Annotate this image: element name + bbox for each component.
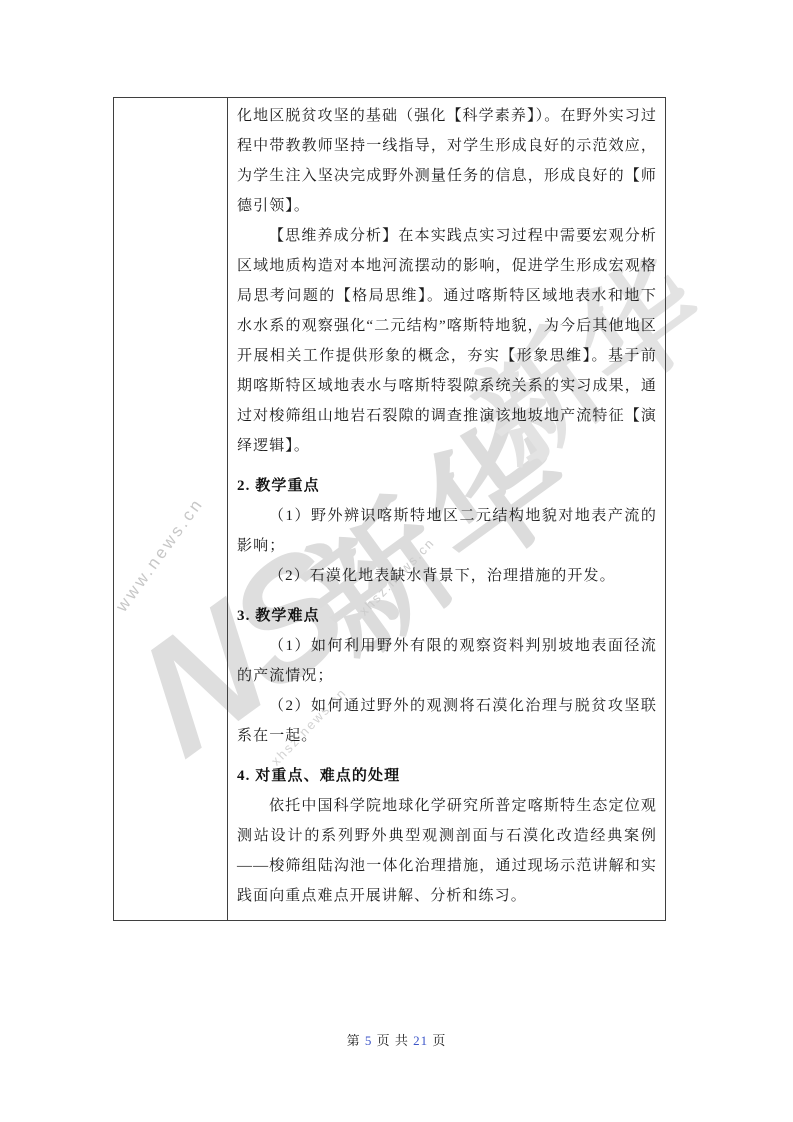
table-row-header-cell-empty	[114, 98, 228, 920]
footer-total-page-number: 21	[413, 1033, 428, 1048]
page-footer: 第 5 页 共 21 页	[0, 1030, 793, 1049]
section-heading-handling: 4. 对重点、难点的处理	[237, 761, 657, 791]
list-item-difficulty-2: （2）如何通过野外的观测将石漠化治理与脱贫攻坚联系在一起。	[237, 691, 657, 751]
footer-label-pages: 页	[428, 1033, 446, 1048]
section-heading-teaching-focus: 2. 教学重点	[237, 471, 657, 501]
list-item-focus-2: （2）石漠化地表缺水背景下，治理措施的开发。	[237, 561, 657, 591]
list-item-difficulty-1: （1）如何利用野外有限的观察资料判别坡地表面径流的产流情况；	[237, 631, 657, 691]
section-heading-teaching-difficulty: 3. 教学难点	[237, 601, 657, 631]
footer-label-of: 页 共	[372, 1033, 413, 1048]
lesson-plan-table: 化地区脱贫攻坚的基础（强化【科学素养】）。在野外实习过程中带教教师坚持一线指导，…	[113, 97, 666, 921]
paragraph-handling-detail: 依托中国科学院地球化学研究所普定喀斯特生态定位观测站设计的系列野外典型观测剖面与…	[237, 791, 657, 911]
table-content-cell: 化地区脱贫攻坚的基础（强化【科学素养】）。在野外实习过程中带教教师坚持一线指导，…	[228, 98, 665, 920]
paragraph-thinking-analysis: 【思维养成分析】在本实践点实习过程中需要宏观分析区域地质构造对本地河流摆动的影响…	[237, 221, 657, 461]
footer-label-page: 第	[347, 1033, 365, 1048]
list-item-focus-1: （1）野外辨识喀斯特地区二元结构地貌对地表产流的影响；	[237, 501, 657, 561]
paragraph-continuation: 化地区脱贫攻坚的基础（强化【科学素养】）。在野外实习过程中带教教师坚持一线指导，…	[237, 101, 657, 221]
